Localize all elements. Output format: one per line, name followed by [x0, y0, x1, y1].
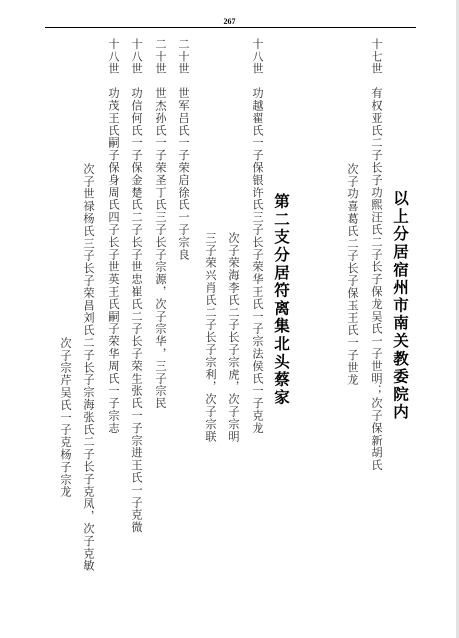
genealogy-column-6: 二十世世军吕氏一子荣启徐氏一子宗良 [176, 38, 190, 261]
generation-label: 二十世 [154, 38, 167, 75]
lineage-text: 功信何氏一子保金楚氏二子长子世忠崔氏二子长子荣生张氏一子宗进王氏一子克微 [130, 87, 143, 533]
lineage-text: 次子功喜葛氏二子长子保玉王氏一子世龙 [346, 163, 359, 386]
genealogy-column-9: 十八世功茂王氏嗣子保身周氏四子长子世英王氏嗣子荣华周氏一子宗志 [106, 38, 120, 434]
genealogy-column-8: 十八世功信何氏一子保金楚氏二子长子世忠崔氏二子长子荣生张氏一子宗进王氏一子克微 [129, 38, 143, 534]
lineage-text: 次子荣海李氏二子长子宗虎，次子宗明 [227, 232, 240, 443]
header-rule [45, 27, 416, 28]
genealogy-column-3: 十八世功越翟氏一子保银许氏三子长子荣华王氏一子宗法侯氏一子克龙 [250, 38, 264, 434]
genealogy-column-11: 次子宗芹吴氏一子克杨子宗龙 [58, 337, 72, 498]
lineage-text: 世杰孙氏一子荣圣丁氏三子长子宗源，次子宗华，三子宗民 [154, 87, 167, 409]
generation-label: 十八世 [251, 38, 264, 75]
generation-label: 十七世 [370, 38, 383, 75]
genealogy-column-7: 二十世世杰孙氏一子荣圣丁氏三子长子宗源，次子宗华，三子宗民 [153, 38, 167, 410]
lineage-text: 世军吕氏一子荣启徐氏一子宗良 [177, 87, 190, 261]
lineage-text: 功越翟氏一子保银许氏三子长子荣华王氏一子宗法侯氏一子克龙 [251, 87, 264, 434]
lineage-text: 次子世禄杨氏三子长子荣昌刘氏二子长子宗海张氏二子长子克凤，次子克敏 [82, 163, 95, 572]
lineage-text: 次子宗芹吴氏一子克杨子宗龙 [59, 337, 72, 498]
genealogy-column-10: 次子世禄杨氏三子长子荣昌刘氏二子长子宗海张氏二子长子克凤，次子克敏 [81, 163, 95, 572]
lineage-text: 有权亚氏二子长子功熙汪氏二子长子保龙吴氏一子世明；次子保新胡氏 [370, 87, 383, 471]
section-heading-1: 以上分居宿州市南关教委院内 [391, 190, 409, 421]
genealogy-column-1: 十七世有权亚氏二子长子功熙汪氏二子长子保龙吴氏一子世明；次子保新胡氏 [369, 38, 383, 472]
genealogy-column-4: 次子荣海李氏二子长子宗虎，次子宗明 [226, 232, 240, 443]
generation-label: 十八世 [107, 38, 120, 75]
generation-label: 十八世 [130, 38, 143, 75]
section-heading-2: 第二支分居符离集北头蔡家 [272, 193, 290, 407]
page-number: 267 [0, 17, 459, 26]
generation-label: 二十世 [177, 38, 190, 75]
lineage-text: 三子荣兴肖氏二子长子宗利，次子宗联 [204, 232, 217, 443]
genealogy-column-5: 三子荣兴肖氏二子长子宗利，次子宗联 [203, 232, 217, 443]
genealogy-column-2: 次子功喜葛氏二子长子保玉王氏一子世龙 [345, 163, 359, 386]
lineage-text: 功茂王氏嗣子保身周氏四子长子世英王氏嗣子荣华周氏一子宗志 [107, 87, 120, 434]
